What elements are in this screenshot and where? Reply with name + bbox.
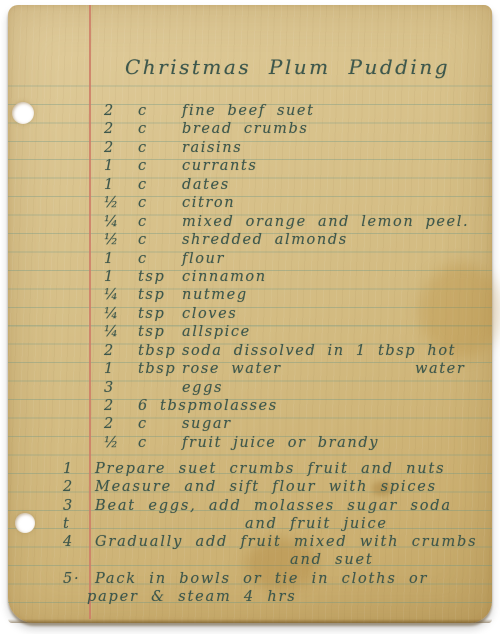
ingredient-unit: c: [138, 176, 182, 194]
ingredient-unit: c: [138, 250, 182, 268]
step-text: Beat eggs, add molasses sugar soda: [95, 498, 452, 514]
ingredient-qty: 2: [104, 415, 138, 433]
ingredient-item: shredded almonds: [182, 232, 348, 248]
ingredient-qty: 1: [104, 360, 138, 378]
ingredient-row: ¼tspallspice: [104, 323, 486, 341]
instruction-line: 5·Pack in bowls or tie in cloths or: [63, 570, 488, 588]
ingredient-row: 26 tbspmolasses: [104, 397, 486, 415]
ingredient-qty: ½: [104, 231, 138, 249]
instruction-line: paper & steam 4 hrs: [63, 588, 488, 606]
ingredient-qty: 2: [104, 397, 138, 415]
ingredient-item: nutmeg: [182, 287, 248, 303]
ingredient-unit: c: [138, 434, 182, 452]
instruction-line: 4Gradually add fruit mixed with crumbs: [63, 533, 488, 551]
ingredient-qty: ¼: [104, 323, 138, 341]
ingredient-row: ¼tspcloves: [104, 305, 486, 323]
punch-hole-top: [12, 102, 34, 124]
ingredient-qty: 2: [104, 102, 138, 120]
ingredient-list: 2cfine beef suet 2cbread crumbs 2craisin…: [104, 102, 486, 452]
step-text: Gradually add fruit mixed with crumbs: [95, 534, 477, 550]
instruction-line: 3Beat eggs, add molasses sugar soda: [63, 497, 488, 515]
ingredient-unit: c: [138, 120, 182, 138]
ingredient-qty: ½: [104, 194, 138, 212]
ingredient-unit: tsp: [138, 268, 182, 286]
instruction-line: 2Measure and sift flour with spices: [63, 478, 488, 496]
step-text: and fruit juice: [245, 516, 388, 532]
ingredient-unit: 6 tbsp: [138, 397, 198, 415]
ingredient-qty: ½: [104, 434, 138, 452]
ingredient-qty: 1: [104, 250, 138, 268]
ingredient-unit: tsp: [138, 323, 182, 341]
ingredient-item: flour: [182, 251, 225, 267]
ingredient-item: molasses: [198, 398, 277, 414]
ingredient-unit: c: [138, 139, 182, 157]
step-text: and suet: [290, 552, 373, 568]
step-number: 3: [63, 497, 95, 515]
ingredient-row: 1cflour: [104, 250, 486, 268]
ingredient-qty: 2: [104, 120, 138, 138]
ingredient-qty: ¼: [104, 213, 138, 231]
step-text: paper & steam 4 hrs: [87, 589, 296, 605]
ingredient-item: soda dissolved in 1 tbsp hot: [182, 343, 456, 359]
instruction-list: 1Prepare suet crumbs fruit and nuts 2Mea…: [63, 460, 488, 606]
instruction-line: and suet: [63, 551, 488, 569]
ingredient-item: dates: [182, 177, 230, 193]
ingredient-unit: c: [138, 194, 182, 212]
step-number: 2: [63, 478, 95, 496]
ingredient-qty: ¼: [104, 286, 138, 304]
ingredient-unit: c: [138, 213, 182, 231]
ingredient-item: fine beef suet: [182, 103, 315, 119]
ingredient-row: 3eggs: [104, 379, 486, 397]
ingredient-unit: tbsp: [138, 342, 182, 360]
ingredient-row: 2cbread crumbs: [104, 120, 486, 138]
paper-bottom-edge-shadow: [8, 619, 492, 623]
ingredient-qty: 1: [104, 176, 138, 194]
paper-sheet: Christmas Plum Pudding 2cfine beef suet …: [8, 5, 492, 623]
step-number: t: [63, 515, 95, 533]
ingredient-item: sugar: [182, 416, 232, 432]
ingredient-row: 1tbsprose waterwater: [104, 360, 486, 378]
ingredient-row: 2cfine beef suet: [104, 102, 486, 120]
ingredient-qty: ¼: [104, 305, 138, 323]
ingredient-item: eggs: [182, 380, 223, 396]
ingredient-item: bread crumbs: [182, 121, 308, 137]
ingredient-row: ¼tspnutmeg: [104, 286, 486, 304]
ingredient-row: 1ccurrants: [104, 157, 486, 175]
scan-background: Christmas Plum Pudding 2cfine beef suet …: [0, 0, 500, 634]
ingredient-item: mixed orange and lemon peel.: [182, 214, 469, 230]
step-text: Measure and sift flour with spices: [95, 479, 437, 495]
step-text: Pack in bowls or tie in cloths or: [95, 571, 428, 587]
ingredient-row: ½cshredded almonds: [104, 231, 486, 249]
ingredient-unit: tsp: [138, 286, 182, 304]
ingredient-item: currants: [182, 158, 257, 174]
step-text: Prepare suet crumbs fruit and nuts: [95, 461, 445, 477]
ingredient-item: fruit juice or brandy: [182, 435, 379, 451]
ingredient-item: rose water: [182, 361, 282, 377]
ingredient-continuation: water: [415, 360, 465, 378]
ingredient-qty: 2: [104, 342, 138, 360]
ingredient-qty: 1: [104, 157, 138, 175]
ingredient-row: 2craisins: [104, 139, 486, 157]
ingredient-row: ¼cmixed orange and lemon peel.: [104, 213, 486, 231]
ingredient-item: raisins: [182, 140, 242, 156]
ingredient-row: 2tbspsoda dissolved in 1 tbsp hot: [104, 342, 486, 360]
ingredient-row: ½ccitron: [104, 194, 486, 212]
step-number: 4: [63, 533, 95, 551]
ingredient-unit: c: [138, 102, 182, 120]
ingredient-unit: tsp: [138, 305, 182, 323]
punch-hole-bottom: [15, 513, 35, 533]
step-number: 5·: [63, 570, 95, 588]
instruction-line: 1Prepare suet crumbs fruit and nuts: [63, 460, 488, 478]
ingredient-unit: tbsp: [138, 360, 182, 378]
ingredient-item: allspice: [182, 324, 251, 340]
instruction-line: tand fruit juice: [63, 515, 488, 533]
ingredient-unit: c: [138, 415, 182, 433]
ingredient-item: cloves: [182, 306, 237, 322]
recipe-title: Christmas Plum Pudding: [8, 55, 492, 79]
step-number: 1: [63, 460, 95, 478]
ingredient-qty: 3: [104, 379, 138, 397]
ingredient-row: 1cdates: [104, 176, 486, 194]
ingredient-item: cinnamon: [182, 269, 267, 285]
ingredient-qty: 1: [104, 268, 138, 286]
ingredient-row: 1tspcinnamon: [104, 268, 486, 286]
ingredient-row: 2csugar: [104, 415, 486, 433]
ingredient-unit: c: [138, 157, 182, 175]
ingredient-row: ½cfruit juice or brandy: [104, 434, 486, 452]
ingredient-unit: c: [138, 231, 182, 249]
ingredient-qty: 2: [104, 139, 138, 157]
ingredient-item: citron: [182, 195, 235, 211]
